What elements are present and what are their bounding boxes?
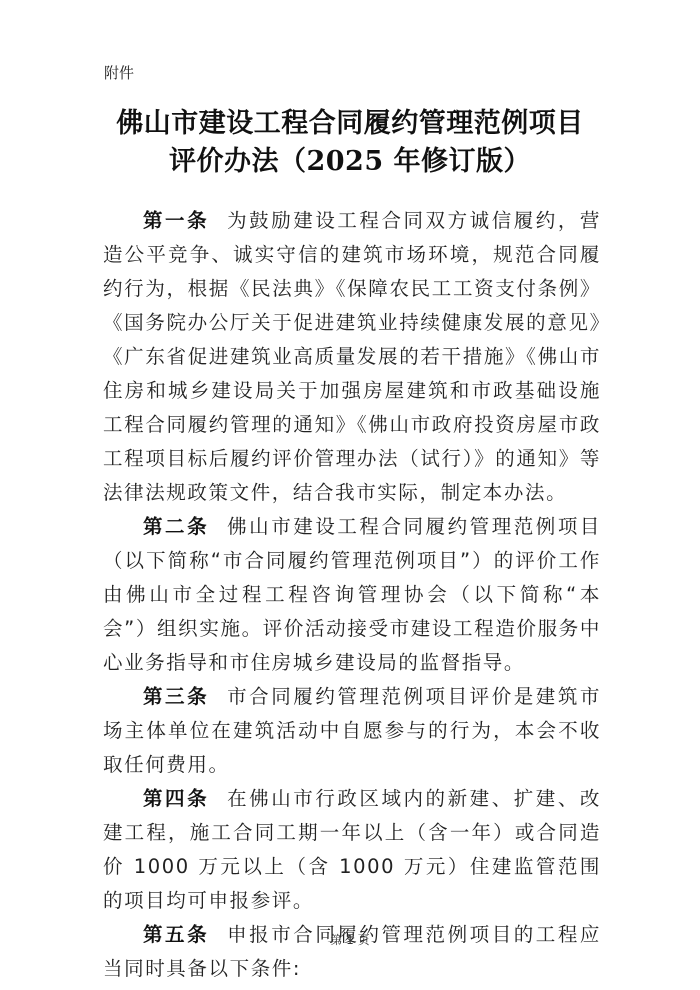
article-2: 第二条佛山市建设工程合同履约管理范例项目（以下简称“市合同履约管理范例项目”）的… <box>103 510 601 680</box>
article-1: 第一条为鼓励建设工程合同双方诚信履约，营造公平竞争、诚实守信的建筑市场环境，规范… <box>103 204 601 510</box>
attachment-label: 附件 <box>104 62 134 83</box>
document-title-line2: 评价办法（2025 年修订版） <box>0 139 700 178</box>
document-body: 第一条为鼓励建设工程合同双方诚信履约，营造公平竞争、诚实守信的建筑市场环境，规范… <box>103 204 601 986</box>
article-label: 第一条 <box>143 209 209 232</box>
article-text: 为鼓励建设工程合同双方诚信履约，营造公平竞争、诚实守信的建筑市场环境，规范合同履… <box>103 209 601 504</box>
article-label: 第三条 <box>143 685 209 708</box>
article-text: 佛山市建设工程合同履约管理范例项目（以下简称“市合同履约管理范例项目”）的评价工… <box>103 515 601 674</box>
article-3: 第三条市合同履约管理范例项目评价是建筑市场主体单位在建筑活动中自愿参与的行为，本… <box>103 680 601 782</box>
document-title-line1: 佛山市建设工程合同履约管理范例项目 <box>0 101 700 140</box>
article-label: 第四条 <box>143 787 209 810</box>
article-4: 第四条在佛山市行政区域内的新建、扩建、改建工程，施工合同工期一年以上（含一年）或… <box>103 782 601 918</box>
page-number: 第 1 页 <box>0 931 700 948</box>
article-5: 第五条申报市合同履约管理范例项目的工程应当同时具备以下条件: <box>103 918 601 986</box>
article-label: 第二条 <box>143 515 209 538</box>
